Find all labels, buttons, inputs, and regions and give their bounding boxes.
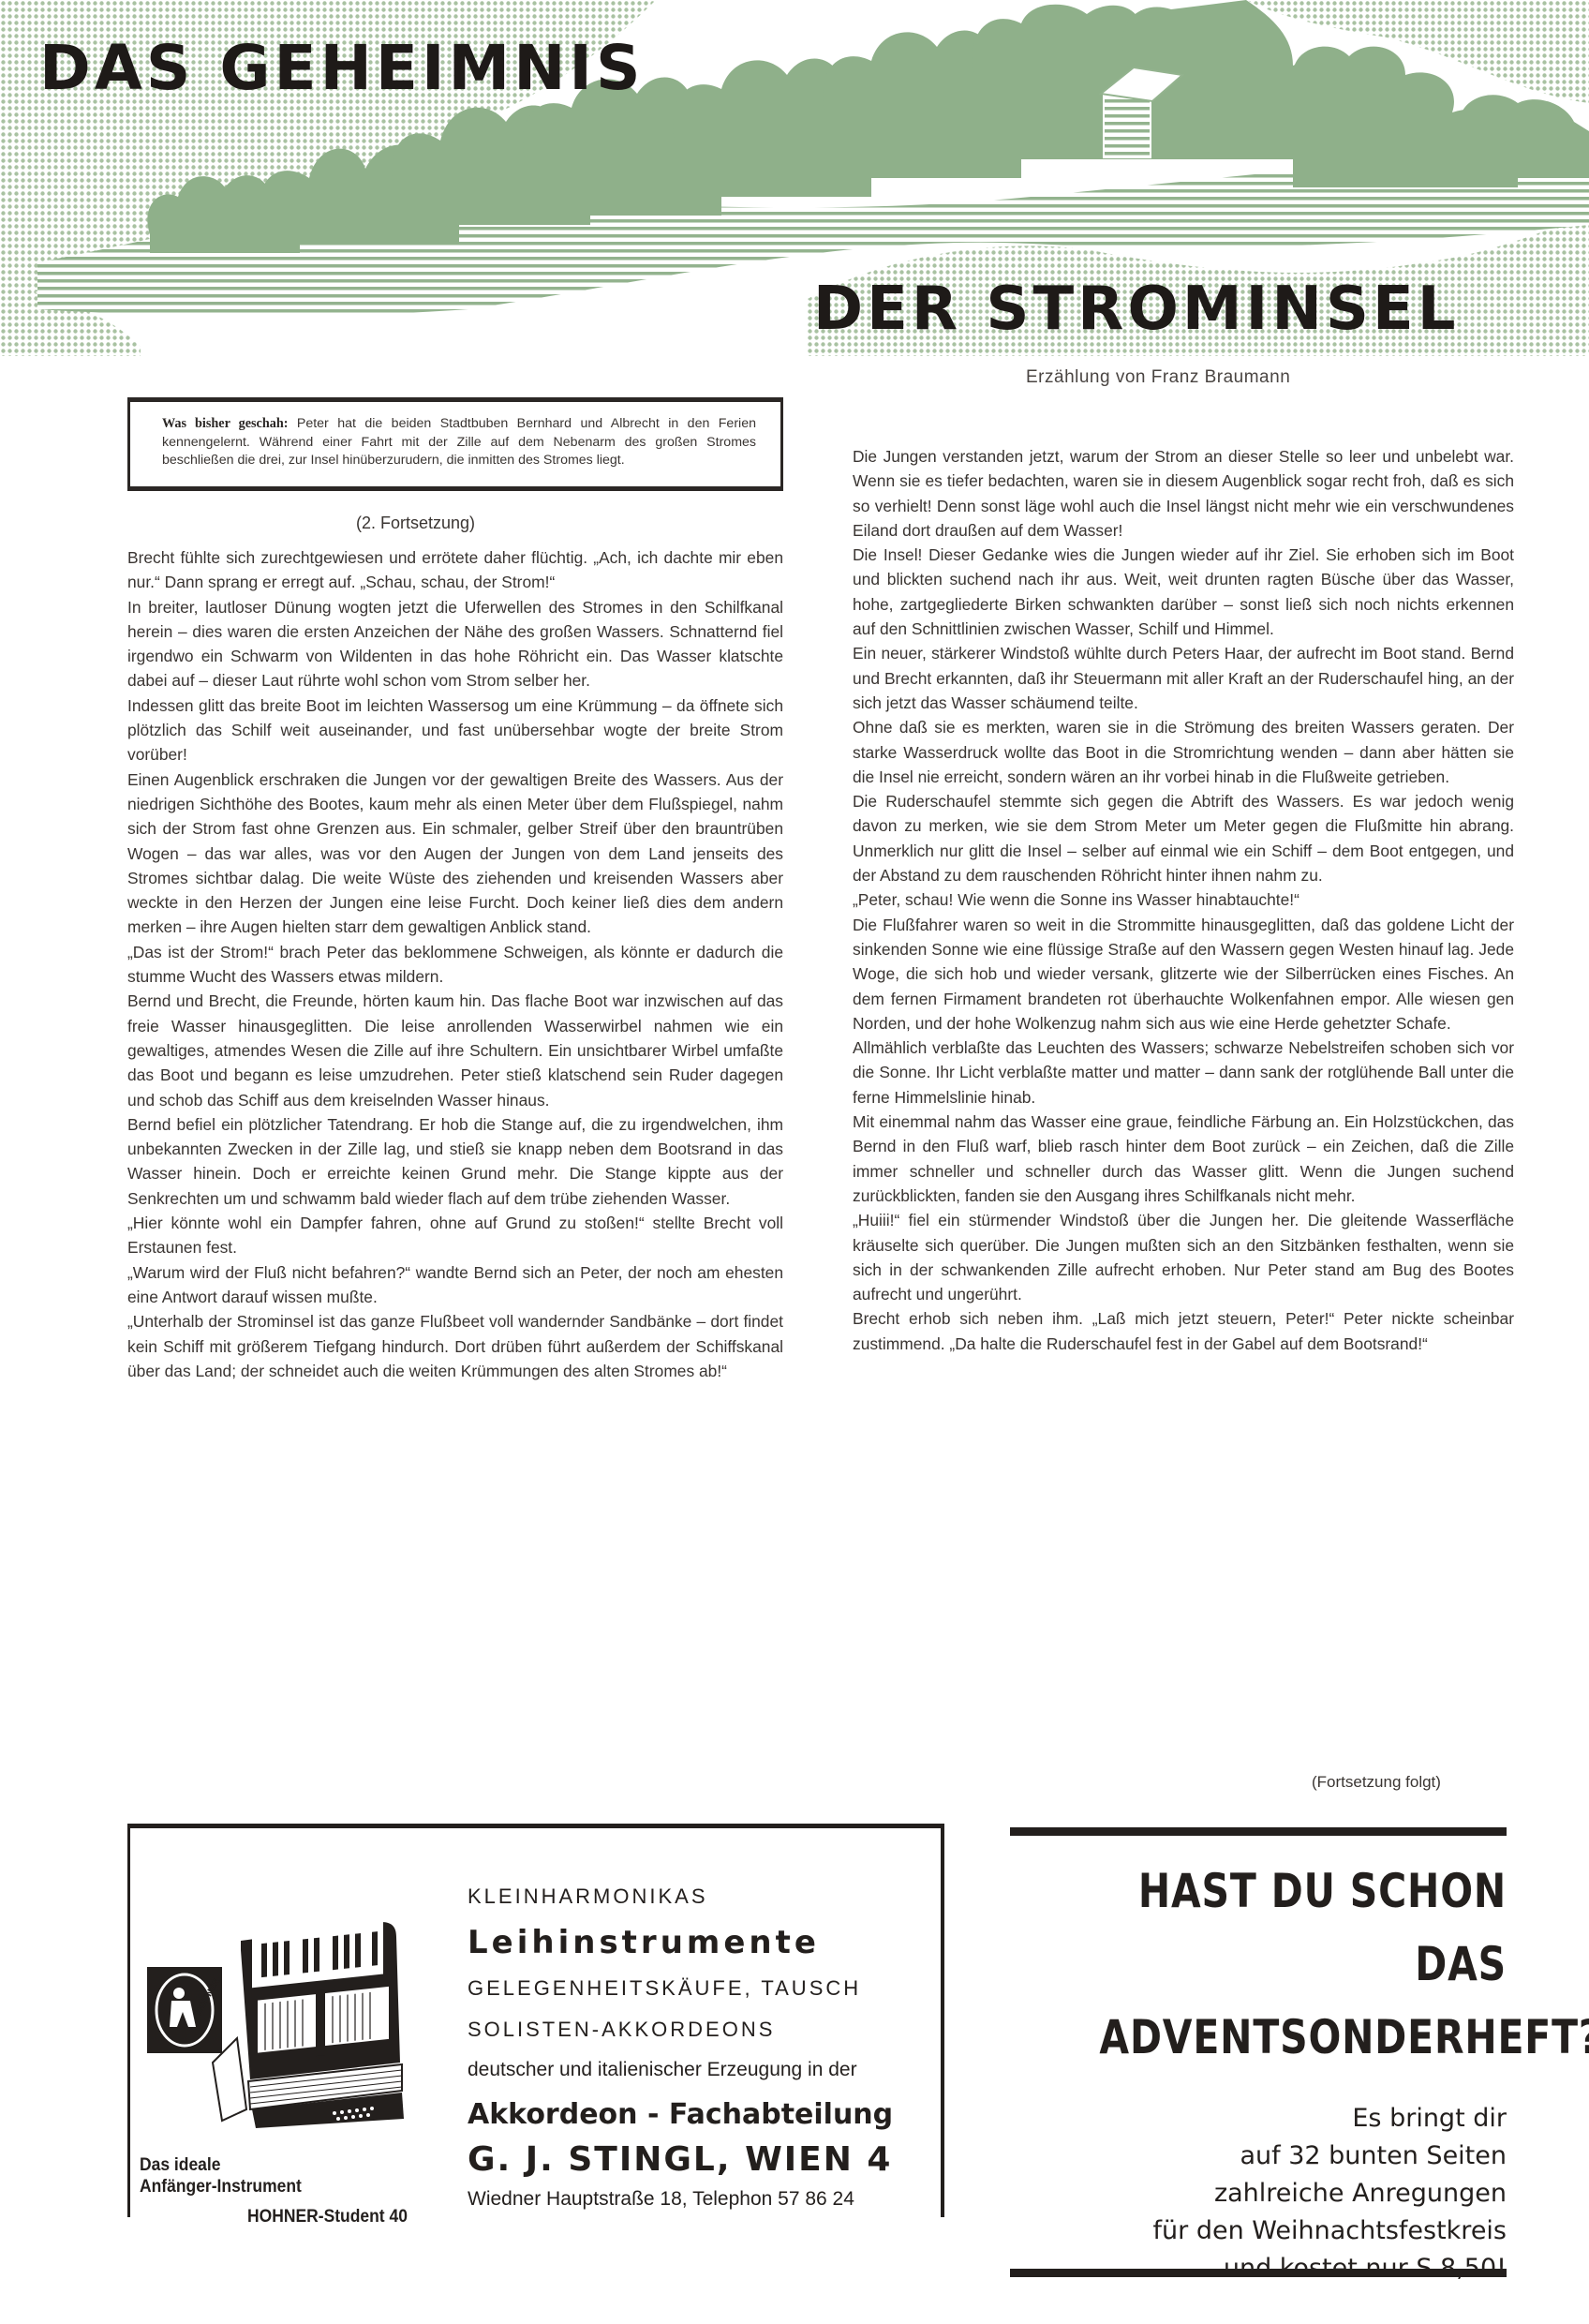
- promo-body-line: zahlreiche Anregungen: [1010, 2175, 1507, 2212]
- paragraph: Brecht erhob sich neben ihm. „Laß mich j…: [853, 1306, 1514, 1356]
- paragraph: Brecht fühlte sich zurechtgewiesen und e…: [127, 545, 783, 595]
- recap-box: Was bisher geschah: Peter hat die beiden…: [127, 397, 783, 491]
- paragraph: Bernd und Brecht, die Freunde, hörten ka…: [127, 989, 783, 1111]
- ad-kicker: KLEINHARMONIKAS: [468, 1885, 936, 1909]
- paragraph: In breiter, lautloser Dünung wogten jetz…: [127, 595, 783, 693]
- promo-body-line: Es bringt dir: [1010, 2100, 1507, 2138]
- promo-headline-line-3: ADVENTSONDERHEFT?: [1099, 2001, 1507, 2074]
- to-be-continued-note: (Fortsetzung folgt): [1312, 1773, 1441, 1792]
- title-illustration: DAS GEHEIMNIS DER STROMINSEL: [0, 0, 1589, 356]
- article-column-left: Brecht fühlte sich zurechtgewiesen und e…: [127, 545, 783, 1383]
- paragraph: Bernd befiel ein plötzlicher Tatendrang.…: [127, 1112, 783, 1211]
- paragraph: Die Insel! Dieser Gedanke wies die Junge…: [853, 543, 1514, 641]
- ad-department: Akkordeon - Fachabteilung: [468, 2098, 936, 2131]
- ad-address: Wiedner Hauptstraße 18, Telephon 57 86 2…: [468, 2188, 936, 2211]
- promo-headline: HAST DU SCHON DAS ADVENTSONDERHEFT?: [1099, 1855, 1507, 2074]
- paragraph: „Hier könnte wohl ein Dampfer fahren, oh…: [127, 1211, 783, 1260]
- ad-copy: KLEINHARMONIKAS Leihinstrumente GELEGENH…: [468, 1885, 936, 2211]
- paragraph: „Warum wird der Fluß nicht befahren?“ wa…: [127, 1260, 783, 1310]
- caption-line-2: Anfänger-Instrument: [140, 2176, 302, 2197]
- paragraph: Ein neuer, stärkerer Windstoß wühlte dur…: [853, 641, 1514, 715]
- caption-line-1: Das ideale: [140, 2154, 302, 2176]
- ad-line-1: GELEGENHEITSKÄUFE, TAUSCH: [468, 1976, 936, 2001]
- paragraph: Indessen glitt das breite Boot im leicht…: [127, 693, 783, 767]
- promo-bottom-rule: [1010, 2269, 1507, 2277]
- recap-text: Was bisher geschah: Peter hat die beiden…: [162, 415, 756, 470]
- article-title-line-2: DER STROMINSEL: [813, 279, 1460, 339]
- accordion-illustration-icon: HOHNER: [147, 1922, 438, 2128]
- promo-headline-line-2: DAS: [1099, 1928, 1507, 2001]
- promo-body: Es bringt dir auf 32 bunten Seiten zahlr…: [1010, 2100, 1507, 2287]
- model-name: HOHNER-Student 40: [247, 2207, 408, 2227]
- paragraph: „Huiii!“ fiel ein stürmender Windstoß üb…: [853, 1208, 1514, 1306]
- paragraph: Mit einemmal nahm das Wasser eine graue,…: [853, 1110, 1514, 1208]
- article-column-right: Die Jungen verstanden jetzt, warum der S…: [853, 444, 1514, 1356]
- promo-body-line: für den Weihnachtsfestkreis: [1010, 2212, 1507, 2250]
- paragraph: Ohne daß sie es merkten, waren sie in di…: [853, 715, 1514, 789]
- paragraph: Allmählich verblaßte das Leuchten des Wa…: [853, 1035, 1514, 1110]
- paragraph: „Das ist der Strom!“ brach Peter das bek…: [127, 940, 783, 990]
- ad-subline: deutscher und italienischer Erzeugung in…: [468, 2059, 936, 2081]
- author-byline: Erzählung von Franz Braumann: [1026, 367, 1290, 388]
- paragraph: Die Jungen verstanden jetzt, warum der S…: [853, 444, 1514, 543]
- ad-caption: Das ideale Anfänger-Instrument: [140, 2154, 302, 2197]
- paragraph: Einen Augenblick erschraken die Jungen v…: [127, 767, 783, 940]
- paragraph: Die Flußfahrer waren so weit in die Stro…: [853, 913, 1514, 1035]
- paragraph: „Peter, schau! Wie wenn die Sonne ins Wa…: [853, 887, 1514, 912]
- promo-headline-line-1: HAST DU SCHON: [1099, 1855, 1507, 1928]
- accordion-advertisement: HOHNER: [127, 1824, 944, 2217]
- ad-line-2: SOLISTEN-AKKORDEONS: [468, 2018, 936, 2042]
- article-title-line-1: DAS GEHEIMNIS: [39, 37, 645, 99]
- promo-body-line: auf 32 bunten Seiten: [1010, 2138, 1507, 2175]
- hohner-logo-icon: HOHNER: [147, 1967, 222, 2053]
- paragraph: Die Ruderschaufel stemmte sich gegen die…: [853, 789, 1514, 887]
- ad-firm-name: G. J. STINGL, WIEN 4: [468, 2140, 936, 2179]
- promo-top-rule: [1010, 1827, 1507, 1836]
- recap-label: Was bisher geschah:: [162, 416, 288, 431]
- ad-headline: Leihinstrumente: [468, 1924, 936, 1961]
- accordion-body: [213, 1922, 404, 2128]
- paragraph: „Unterhalb der Strominsel ist das ganze …: [127, 1309, 783, 1383]
- advent-issue-promo: HAST DU SCHON DAS ADVENTSONDERHEFT? Es b…: [1010, 1827, 1507, 2277]
- continuation-label: (2. Fortsetzung): [356, 514, 475, 533]
